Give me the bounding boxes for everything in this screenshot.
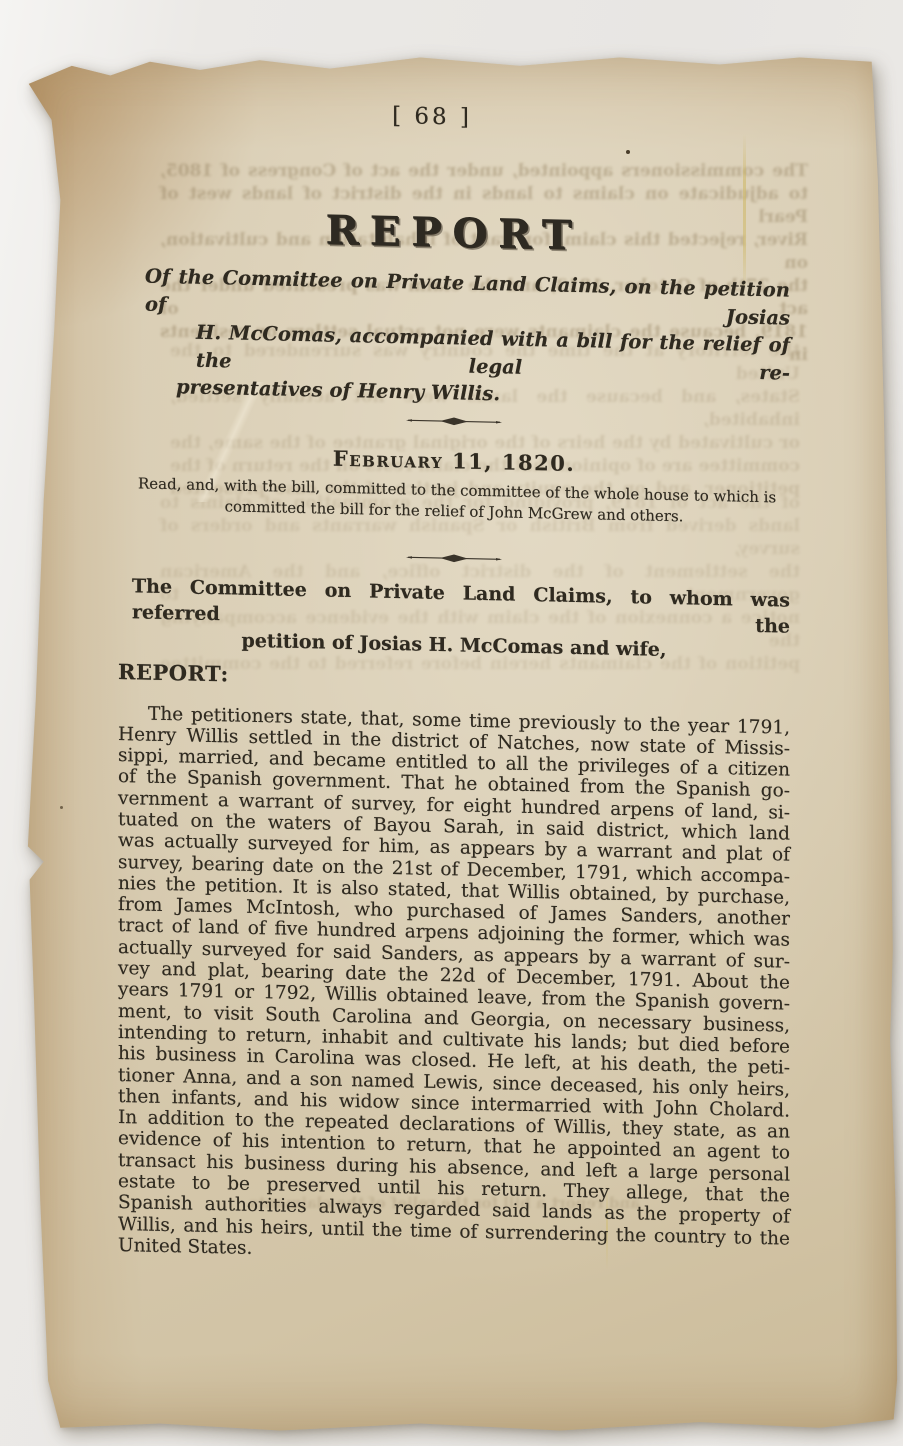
page-number: [ 68 ]: [96, 95, 768, 140]
document-title: REPORT: [118, 203, 790, 264]
paper-sheet: The commissioners appointed, under the a…: [20, 52, 898, 1436]
ink-speck: [60, 806, 63, 809]
referral-statement: The Committee on Private Land Claims, to…: [118, 573, 790, 666]
scanned-document: The commissioners appointed, under the a…: [0, 0, 903, 1446]
read-committal-note: Read, and, with the bill, committed to t…: [118, 473, 790, 530]
ornament-divider-icon: [406, 551, 502, 565]
committee-subtitle: Of the Committee on Private Land Claims,…: [118, 262, 790, 414]
report-body: The petitioners state, that, some time p…: [118, 703, 790, 1271]
ornament-divider-icon: [406, 414, 502, 428]
report-label: REPORT:: [118, 659, 790, 699]
printed-content: [ 68 ] REPORT Of the Committee on Privat…: [118, 52, 790, 1271]
